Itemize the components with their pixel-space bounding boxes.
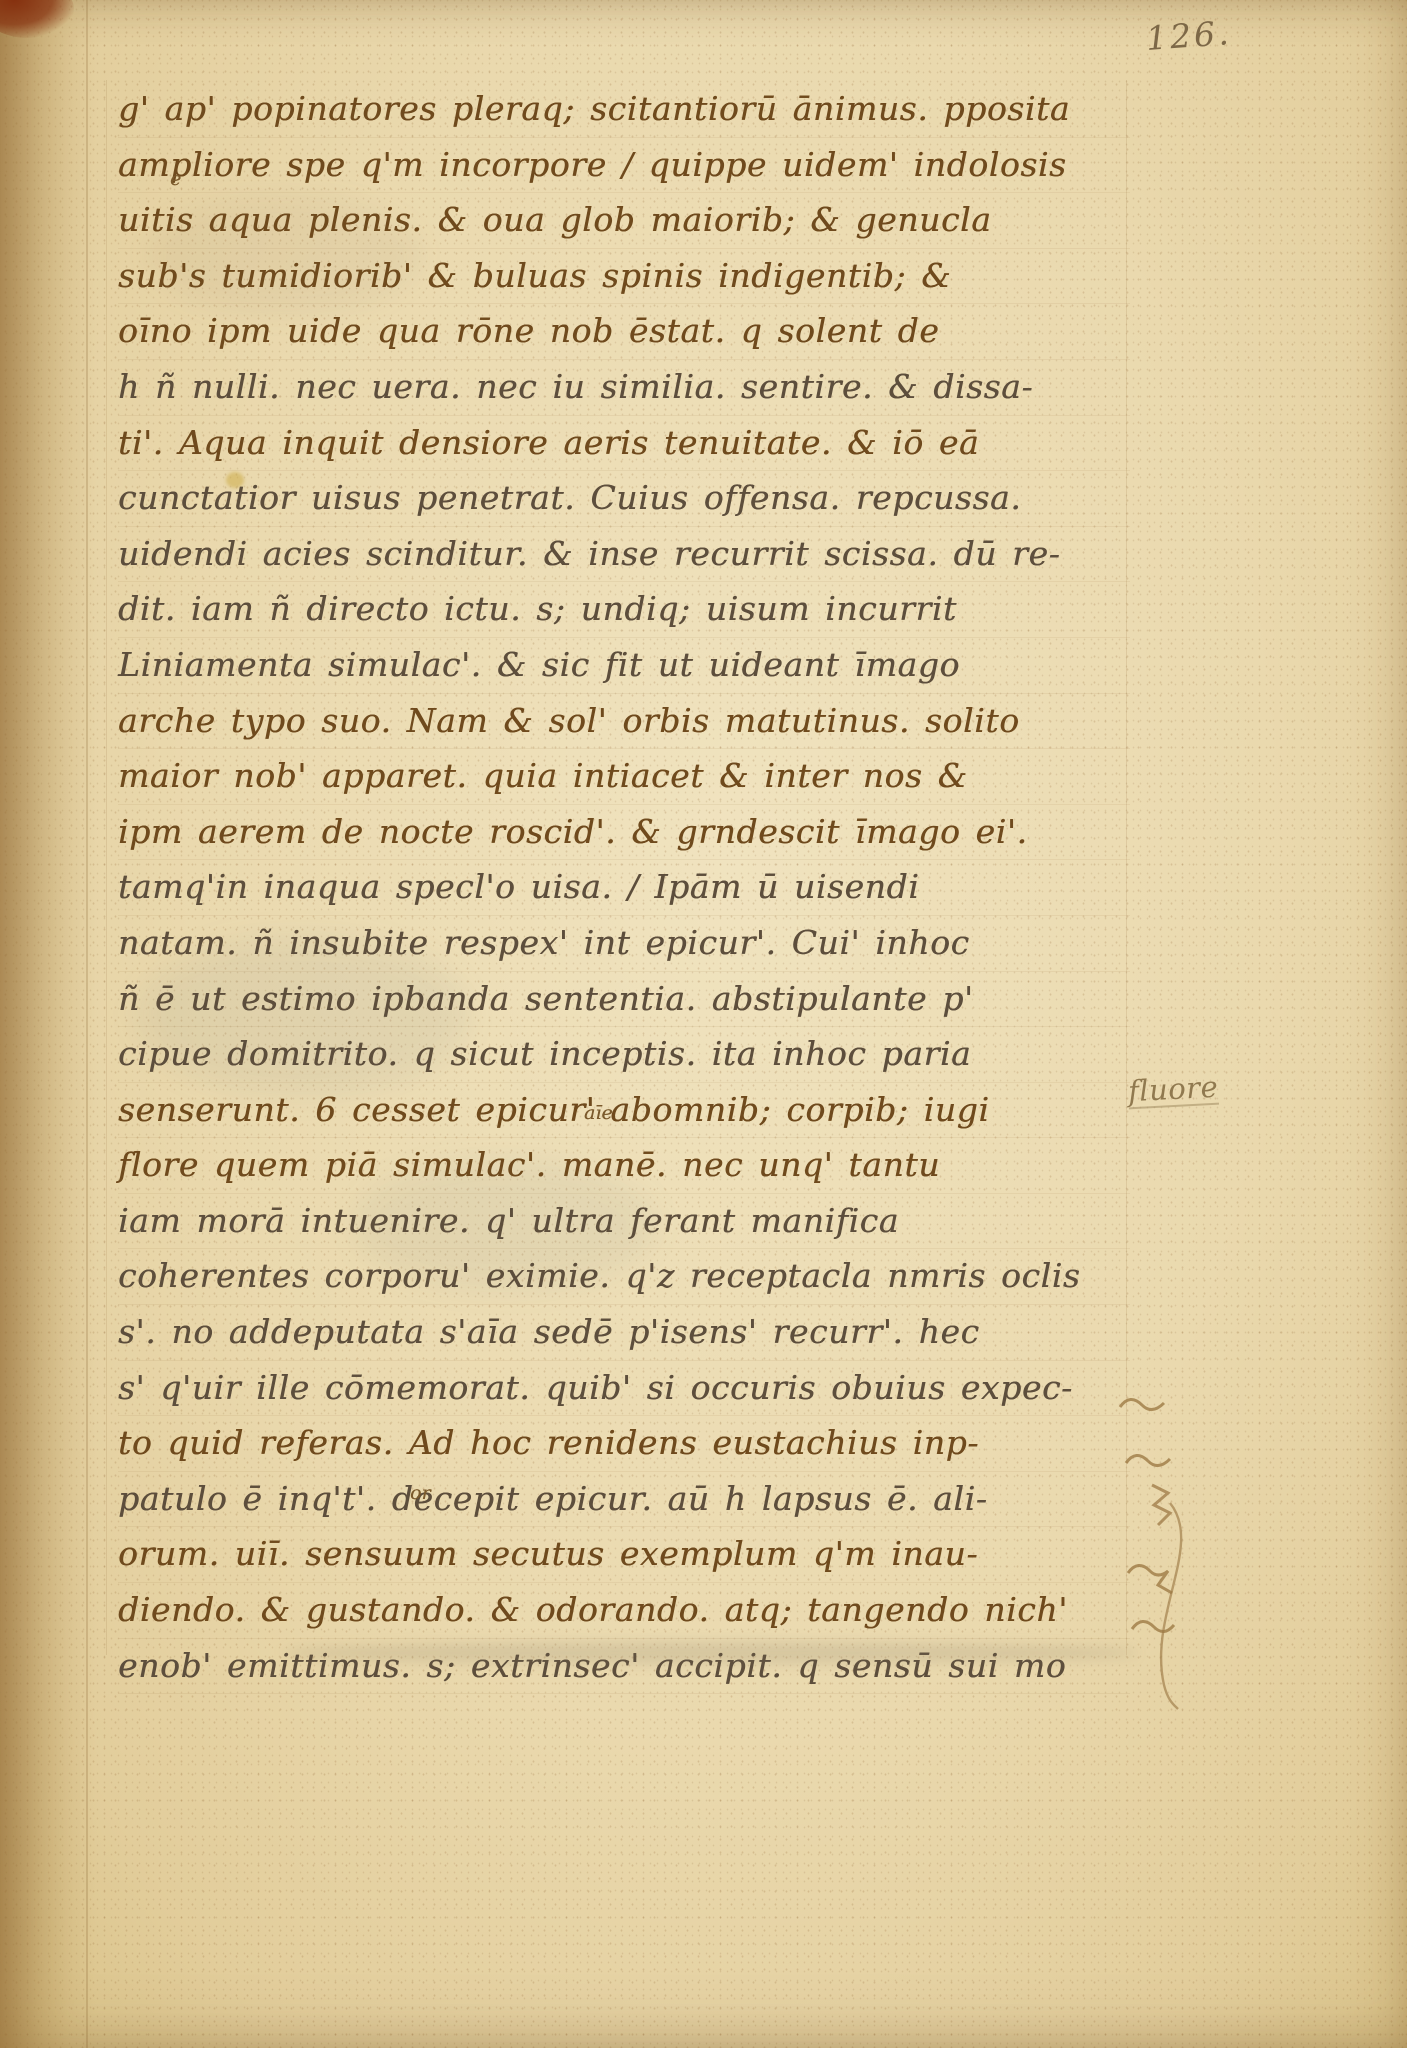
manuscript-line: cunctatior uisus penetrat. Cuius offensa…	[118, 471, 1130, 527]
pen-flourish-icon	[1112, 1385, 1302, 1715]
manuscript-line: patulo ē inq't'. decepit epicur. aū h la…	[118, 1472, 1130, 1528]
manuscript-line: senserunt. 6 cesset epicur' abomnib; cor…	[118, 1083, 1130, 1139]
folio-number: 126.	[1145, 13, 1233, 58]
manuscript-line: diendo. & gustando. & odorando. atq; tan…	[118, 1583, 1130, 1639]
parchment-page: 126. g' ap' popinatores pleraq; scitanti…	[0, 0, 1407, 2048]
margin-note: fluore	[1127, 1070, 1219, 1109]
manuscript-line: s'. no addeputata s'aīa sedē p'isens' re…	[118, 1305, 1130, 1361]
manuscript-line: oīno ipm uide qua rōne nob ēstat. q sole…	[118, 304, 1130, 360]
manuscript-line: natam. ñ insubite respex' int epicur'. C…	[118, 916, 1130, 972]
manuscript-line: g' ap' popinatores pleraq; scitantiorū ā…	[118, 82, 1130, 138]
manuscript-line: ampliore spe q'm incorpore / quippe uide…	[118, 138, 1130, 194]
manuscript-line: ti'. Aqua inquit densiore aeris tenuitat…	[118, 416, 1130, 472]
manuscript-line: uidendi acies scinditur. & inse recurrit…	[118, 527, 1130, 583]
manuscript-line: ipm aerem de nocte roscid'. & grndescit …	[118, 805, 1130, 861]
interlinear-gloss: or	[410, 1482, 431, 1504]
manuscript-line: tamq'in inaqua specl'o uisa. / Ipām ū ui…	[118, 860, 1130, 916]
corner-stain	[0, 0, 74, 38]
interlinear-gloss: aīe	[584, 1102, 613, 1124]
ruling-line-left	[106, 80, 107, 1655]
manuscript-line: h ñ nulli. nec uera. nec iu similia. sen…	[118, 360, 1130, 416]
manuscript-line: iam morā intuenire. q' ultra ferant mani…	[118, 1194, 1130, 1250]
manuscript-line: sub's tumidiorib' & buluas spinis indige…	[118, 249, 1130, 305]
manuscript-line: coherentes corporu' eximie. q'z receptac…	[118, 1249, 1130, 1305]
manuscript-line: ñ ē ut estimo ipbanda sententia. abstipu…	[118, 972, 1130, 1028]
manuscript-line: dit. iam ñ directo ictu. s; undiq; uisum…	[118, 582, 1130, 638]
manuscript-line: orum. uiī. sensuum secutus exemplum q'm …	[118, 1527, 1130, 1583]
ghost-text-band	[282, 1642, 1138, 1664]
manuscript-line: arche typo suo. Nam & sol' orbis matutin…	[118, 694, 1130, 750]
manuscript-line: Liniamenta simulac'. & sic fit ut uidean…	[118, 638, 1130, 694]
manuscript-line: maior nob' apparet. quia intiacet & inte…	[118, 749, 1130, 805]
interlinear-gloss: e	[170, 168, 181, 190]
text-block: g' ap' popinatores pleraq; scitantiorū ā…	[118, 82, 1130, 1694]
manuscript-line: cipue domitrito. q sicut inceptis. ita i…	[118, 1027, 1130, 1083]
manuscript-line: flore quem piā simulac'. manē. nec unq' …	[118, 1138, 1130, 1194]
manuscript-line: s' q'uir ille cōmemorat. quib' si occuri…	[118, 1361, 1130, 1417]
manuscript-line: to quid referas. Ad hoc renidens eustach…	[118, 1416, 1130, 1472]
manuscript-line: uitis aqua plenis. & oua glob maiorib; &…	[118, 193, 1130, 249]
gutter-shadow	[0, 0, 96, 2048]
